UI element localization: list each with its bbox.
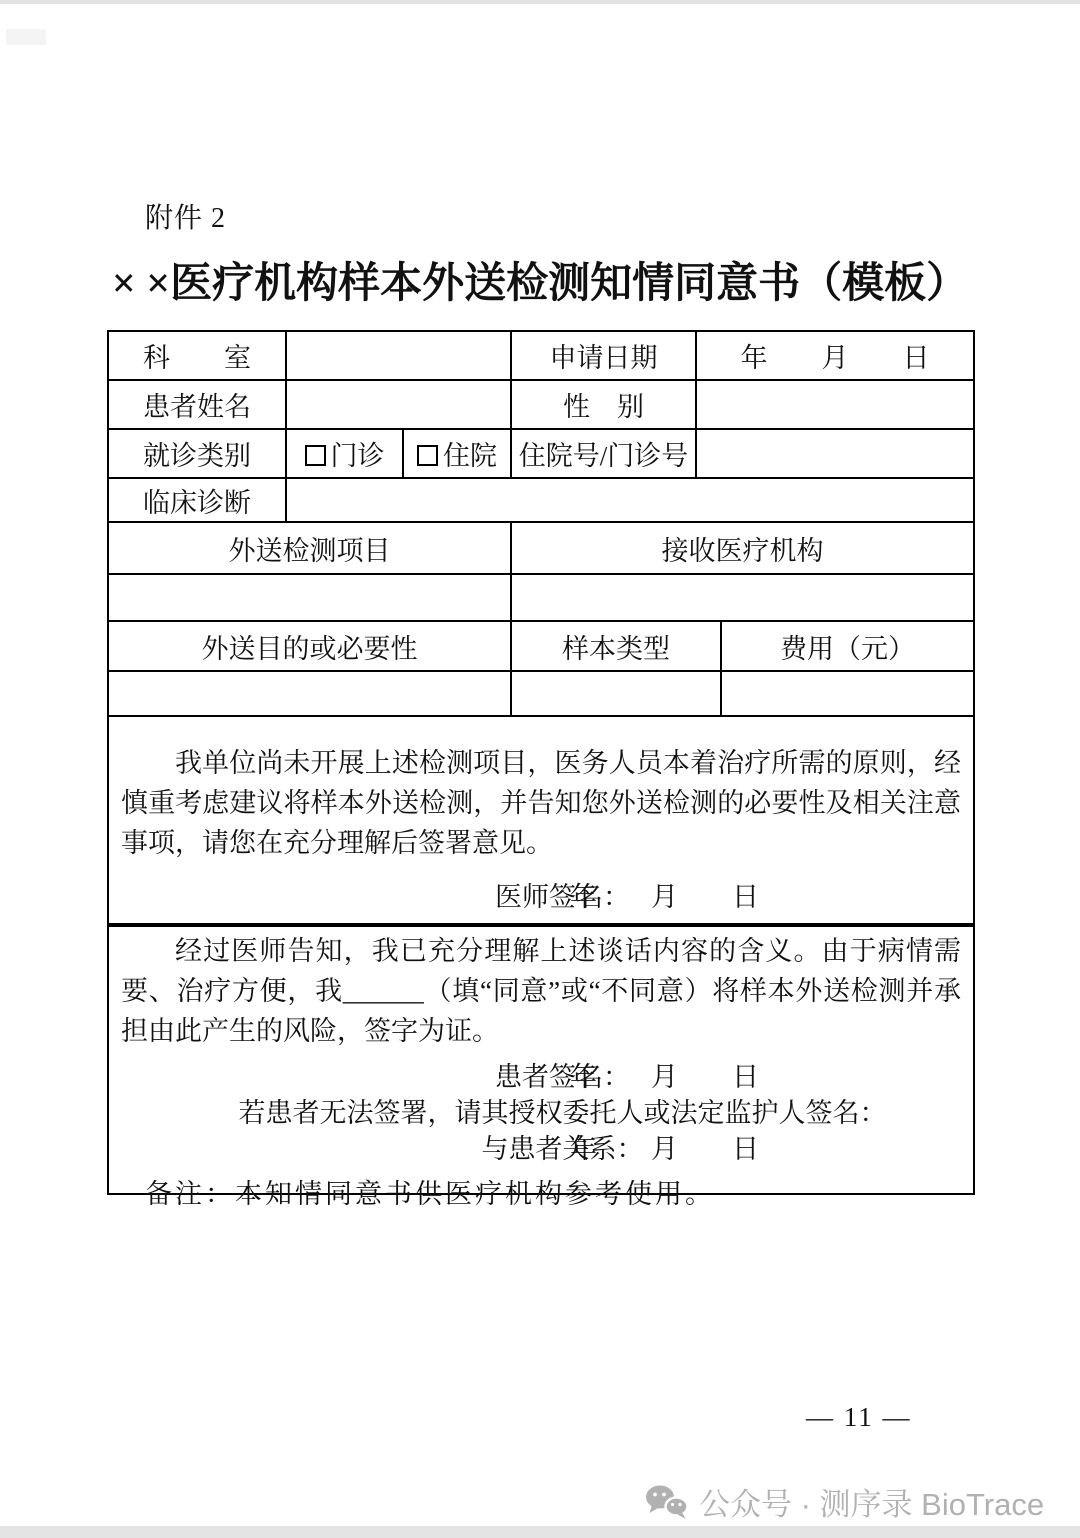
- department-label: 科 室: [108, 331, 286, 380]
- consent-form-table: 科 室 申请日期 年 月 日 患者姓名 性 别 就诊类别 门诊 住院 住院号: [107, 330, 975, 1195]
- outpatient-option[interactable]: 门诊: [286, 429, 403, 478]
- outpatient-checkbox[interactable]: [305, 445, 326, 466]
- wechat-icon: [645, 1484, 689, 1520]
- table-row: 我单位尚未开展上述检测项目，医务人员本着治疗所需的原则，经慎重考虑建议将样本外送…: [108, 716, 974, 1194]
- inpatient-option[interactable]: 住院: [403, 429, 511, 478]
- table-row: 科 室 申请日期 年 月 日: [108, 331, 974, 380]
- watermark: 公众号 · 测序录 BioTrace: [645, 1479, 1044, 1524]
- clinical-diagnosis-label: 临床诊断: [108, 478, 286, 522]
- apply-date-value: 年 月 日: [696, 331, 974, 380]
- attachment-label: 附件 2: [145, 196, 226, 236]
- doctor-sign-date: 年 月 日: [570, 877, 759, 917]
- document-page: 附件 2 × ×医疗机构样本外送检测知情同意书（模板） 科 室 申请日期 年 月…: [0, 0, 1080, 1538]
- page-number: — 11 —: [806, 1402, 912, 1433]
- test-item-header: 外送检测项目: [108, 522, 511, 574]
- table-row: 临床诊断: [108, 478, 974, 522]
- patient-statement: 经过医师告知，我已充分理解上述谈话内容的含义。由于病情需要、治疗方便，我____…: [121, 931, 961, 1051]
- table-row: 患者姓名 性 别: [108, 380, 974, 429]
- id-number-value-cell[interactable]: [696, 429, 974, 478]
- table-row: [108, 574, 974, 621]
- patient-name-value-cell[interactable]: [286, 380, 511, 429]
- proxy-sign-line: 若患者无法签署，请其授权委托人或法定监护人签名：: [109, 1095, 973, 1131]
- scan-artifact: [6, 29, 46, 45]
- apply-date-label: 申请日期: [511, 331, 696, 380]
- table-row: 外送目的或必要性 样本类型 费用（元）: [108, 621, 974, 671]
- table-row: 就诊类别 门诊 住院 住院号/门诊号: [108, 429, 974, 478]
- purpose-value-cell[interactable]: [108, 671, 511, 716]
- outpatient-label: 门诊: [331, 441, 385, 471]
- clinical-diagnosis-value-cell[interactable]: [286, 478, 974, 522]
- relation-line: 与患者关系： 年 月 日: [109, 1131, 973, 1167]
- department-value-cell[interactable]: [286, 331, 511, 380]
- gender-label: 性 别: [511, 380, 696, 429]
- id-number-label: 住院号/门诊号: [511, 429, 696, 478]
- purpose-header: 外送目的或必要性: [108, 621, 511, 671]
- gender-value-cell[interactable]: [696, 380, 974, 429]
- receiving-org-value-cell[interactable]: [511, 574, 974, 621]
- top-edge-strip: [0, 0, 1080, 4]
- fee-header: 费用（元）: [721, 621, 974, 671]
- bottom-edge-strip: [0, 1526, 1080, 1538]
- doctor-sign-line: 医师签名： 年 月 日: [109, 877, 973, 917]
- watermark-text: 公众号 · 测序录 BioTrace: [699, 1479, 1044, 1524]
- receiving-org-header: 接收医疗机构: [511, 522, 974, 574]
- patient-sign-line: 患者签名： 年 月 日: [109, 1059, 973, 1095]
- visit-type-label: 就诊类别: [108, 429, 286, 478]
- patient-sign-date: 年 月 日: [570, 1059, 759, 1095]
- divider-rule: [109, 923, 973, 927]
- inpatient-label: 住院: [443, 441, 497, 471]
- remark-note: 备注：本知情同意书供医疗机构参考使用。: [145, 1172, 715, 1211]
- doctor-statement: 我单位尚未开展上述检测项目，医务人员本着治疗所需的原则，经慎重考虑建议将样本外送…: [121, 743, 961, 863]
- patient-name-label: 患者姓名: [108, 380, 286, 429]
- consent-statement-box: 我单位尚未开展上述检测项目，医务人员本着治疗所需的原则，经慎重考虑建议将样本外送…: [108, 716, 974, 1194]
- sample-type-value-cell[interactable]: [511, 671, 721, 716]
- table-row: [108, 671, 974, 716]
- relation-date: 年 月 日: [570, 1131, 759, 1167]
- document-title: × ×医疗机构样本外送检测知情同意书（模板）: [0, 250, 1080, 310]
- test-item-value-cell[interactable]: [108, 574, 511, 621]
- fee-value-cell[interactable]: [721, 671, 974, 716]
- table-row: 外送检测项目 接收医疗机构: [108, 522, 974, 574]
- sample-type-header: 样本类型: [511, 621, 721, 671]
- inpatient-checkbox[interactable]: [417, 445, 438, 466]
